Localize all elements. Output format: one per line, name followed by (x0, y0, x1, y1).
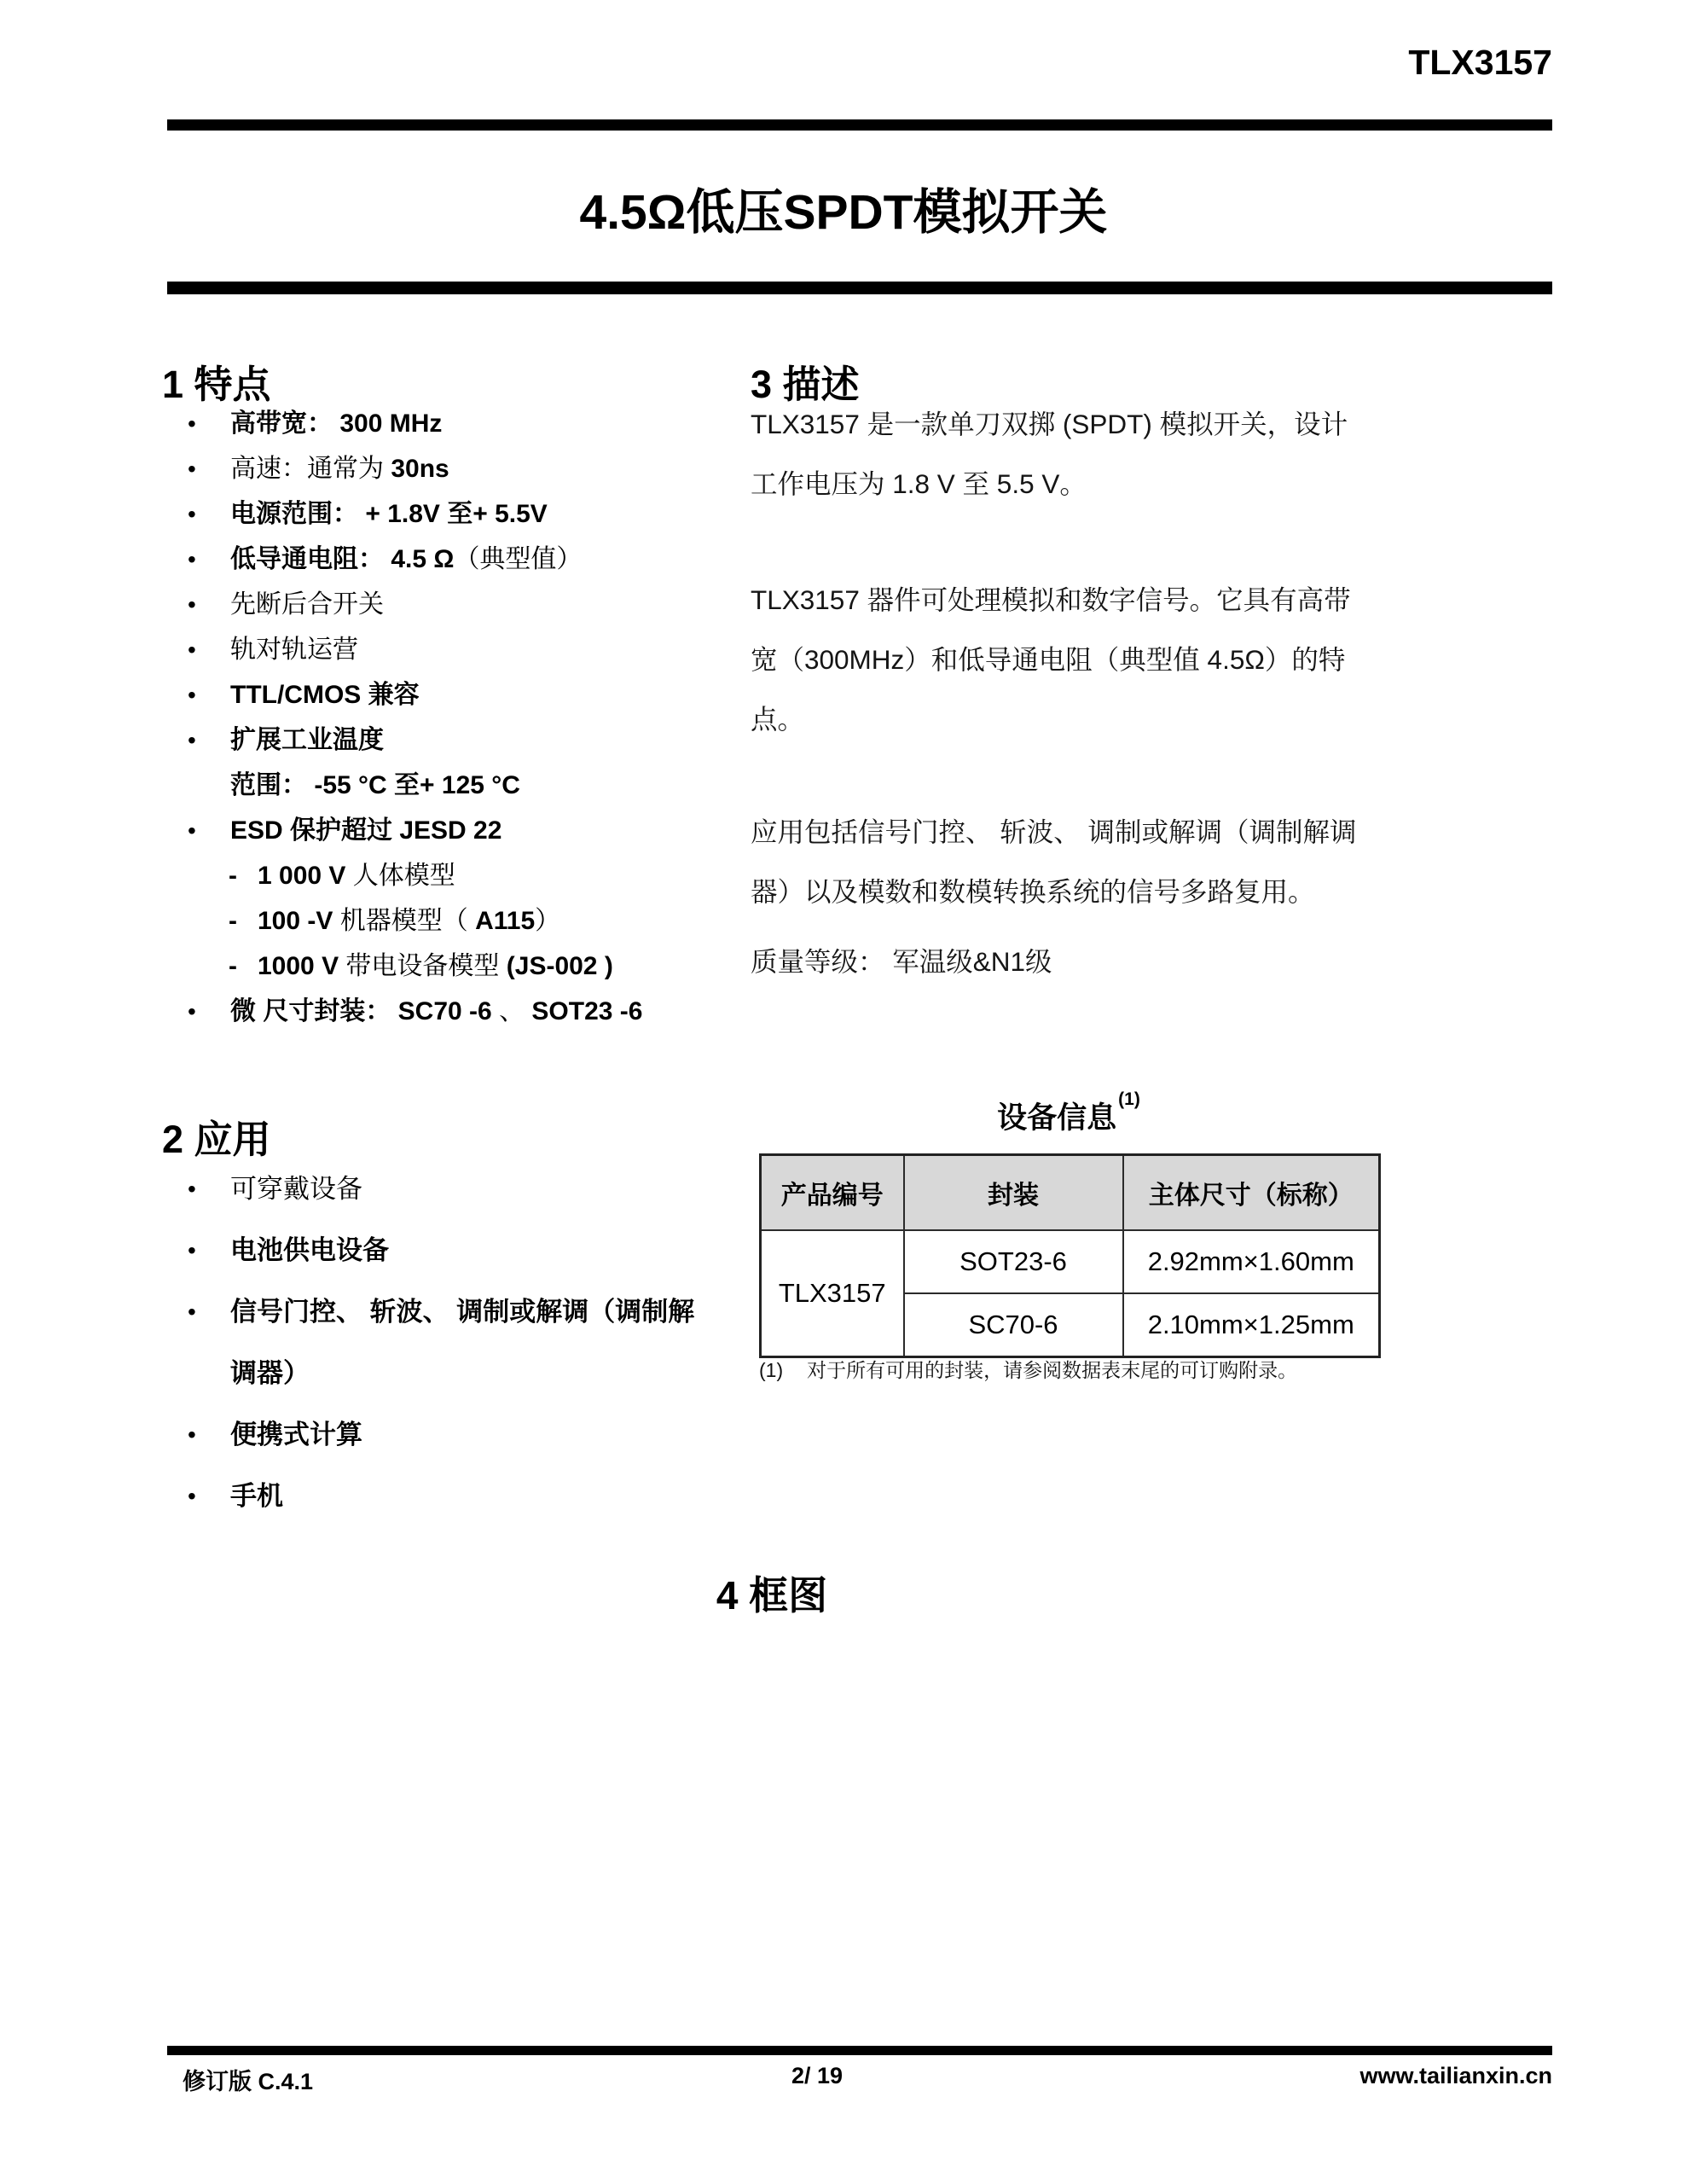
feature-item: • 电源范围： + 1.8V 至+ 5.5V (162, 491, 751, 537)
feature-text: 电源范围： + 1.8V 至+ 5.5V (230, 500, 548, 528)
feature-text: 高速：通常为 30ns (230, 455, 449, 483)
application-text: 电池供电设备 (230, 1235, 389, 1265)
table-row: TLX3157 SOT23-6 2.92mm×1.60mm (761, 1230, 1380, 1293)
bullet-icon: • (188, 446, 196, 491)
datasheet-page: TLX3157 4.5Ω低压SPDT模拟开关 1 特点 • 高带宽： 300 M… (0, 0, 1687, 2184)
application-text: 信号门控、 斩波、 调制或解调（调制解 (230, 1297, 694, 1327)
footnote-ref: (1) (1118, 1089, 1140, 1109)
bullet-icon: • (188, 627, 196, 672)
feature-text: 100 -V 机器模型（ A115） (258, 907, 560, 935)
quality-grade-line: 质量等级： 军温级&N1级 (751, 932, 1416, 991)
section-heading-block-diagram: 4 框图 (0, 1565, 1544, 1621)
feature-item: - 1 000 V 人体模型 (162, 853, 751, 898)
application-item: • 电池供电设备 (162, 1220, 751, 1281)
footnote-marker: (1) (759, 1359, 783, 1381)
bullet-icon: • (188, 1159, 196, 1220)
bullet-icon: • (188, 672, 196, 717)
description-paragraph: 应用包括信号门控、 斩波、 调制或解调（调制解调 器）以及模数和数模转换系统的信… (751, 802, 1416, 921)
bullet-icon: • (188, 582, 196, 627)
application-item: • 可穿戴设备 (162, 1159, 751, 1220)
applications-list: • 可穿戴设备 • 电池供电设备 • 信号门控、 斩波、 调制或解调（调制解 调… (162, 1159, 751, 1527)
bullet-icon: - (229, 853, 237, 898)
bullet-icon: • (188, 808, 196, 853)
footnote-text: 对于所有可用的封装，请参阅数据表末尾的可订购附录。 (807, 1359, 1297, 1381)
application-text: 调器） (230, 1358, 310, 1388)
bullet-icon: • (188, 491, 196, 537)
bullet-icon: - (229, 944, 237, 989)
col-header-part-number: 产品编号 (761, 1155, 904, 1231)
feature-text: TTL/CMOS 兼容 (230, 681, 420, 709)
feature-item: • 高速：通常为 30ns (162, 446, 751, 491)
description-paragraph: TLX3157 是一款单刀双掷 (SPDT) 模拟开关，设计 工作电压为 1.8… (751, 394, 1416, 514)
table-header-row: 产品编号 封装 主体尺寸（标称） (761, 1155, 1380, 1231)
header-rule (167, 119, 1552, 131)
col-header-package: 封装 (904, 1155, 1123, 1231)
feature-item: • TTL/CMOS 兼容 (162, 672, 751, 717)
bullet-icon: • (188, 717, 196, 763)
application-text: 手机 (230, 1481, 283, 1511)
application-item: • 信号门控、 斩波、 调制或解调（调制解 (162, 1281, 751, 1343)
bullet-icon: • (188, 989, 196, 1034)
feature-text: 先断后合开关 (230, 590, 384, 619)
bullet-icon: • (188, 1466, 196, 1527)
footer-website: www.tailianxin.cn (1359, 2063, 1552, 2089)
package-cell: SC70-6 (904, 1293, 1123, 1357)
application-text: 可穿戴设备 (230, 1174, 362, 1204)
feature-item: - 1000 V 带电设备模型 (JS-002 ) (162, 944, 751, 989)
feature-text: 范围： -55 °C 至+ 125 °C (230, 771, 520, 799)
section-heading-applications: 2 应用 (162, 1108, 271, 1164)
feature-item: • 轨对轨运营 (162, 627, 751, 672)
col-header-body-size: 主体尺寸（标称） (1123, 1155, 1380, 1231)
application-item: • 便携式计算 (162, 1404, 751, 1466)
feature-text: ESD 保护超过 JESD 22 (230, 816, 501, 845)
feature-text: 微 尺寸封装： SC70 -6 、 SOT23 -6 (230, 997, 642, 1025)
bullet-icon: • (188, 537, 196, 582)
size-cell: 2.92mm×1.60mm (1123, 1230, 1380, 1293)
feature-text: 轨对轨运营 (230, 636, 358, 664)
bullet-icon: - (229, 898, 237, 944)
feature-text: 1000 V 带电设备模型 (JS-002 ) (258, 952, 613, 980)
footer-rule (167, 2046, 1552, 2055)
application-item: • 手机 (162, 1466, 751, 1527)
feature-item: • 先断后合开关 (162, 582, 751, 627)
application-item: 调器） (162, 1343, 751, 1404)
title-rule (167, 282, 1552, 294)
device-info-title: 设备信息(1) (759, 1095, 1378, 1137)
bullet-icon: • (188, 1281, 196, 1343)
device-info-table: 产品编号 封装 主体尺寸（标称） TLX3157 SOT23-6 2.92mm×… (759, 1153, 1381, 1358)
bullet-icon: • (188, 1404, 196, 1466)
package-cell: SOT23-6 (904, 1230, 1123, 1293)
size-cell: 2.10mm×1.25mm (1123, 1293, 1380, 1357)
device-info-title-text: 设备信息 (997, 1101, 1116, 1135)
feature-item: • 高带宽： 300 MHz (162, 401, 751, 446)
feature-text: 扩展工业温度 (230, 726, 384, 754)
bullet-icon: • (188, 401, 196, 446)
application-text: 便携式计算 (230, 1420, 362, 1449)
feature-item: 范围： -55 °C 至+ 125 °C (162, 763, 751, 808)
feature-item: • ESD 保护超过 JESD 22 (162, 808, 751, 853)
feature-item: - 100 -V 机器模型（ A115） (162, 898, 751, 944)
doc-number: TLX3157 (1408, 43, 1552, 83)
feature-item: • 扩展工业温度 (162, 717, 751, 763)
features-list: • 高带宽： 300 MHz • 高速：通常为 30ns • 电源范围： + 1… (162, 401, 751, 1034)
feature-text: 高带宽： 300 MHz (230, 409, 442, 438)
bullet-icon: • (188, 1220, 196, 1281)
page-title: 4.5Ω低压SPDT模拟开关 (0, 173, 1687, 243)
description-paragraph: TLX3157 器件可处理模拟和数字信号。它具有高带 宽（300MHz）和低导通… (751, 570, 1416, 749)
part-number-cell: TLX3157 (761, 1230, 904, 1357)
feature-item: • 低导通电阻： 4.5 Ω（典型值） (162, 537, 751, 582)
feature-text: 低导通电阻： 4.5 Ω（典型值） (230, 545, 582, 573)
feature-item: • 微 尺寸封装： SC70 -6 、 SOT23 -6 (162, 989, 751, 1034)
feature-text: 1 000 V 人体模型 (258, 862, 455, 890)
table-footnote: (1)对于所有可用的封装，请参阅数据表末尾的可订购附录。 (759, 1355, 1424, 1383)
